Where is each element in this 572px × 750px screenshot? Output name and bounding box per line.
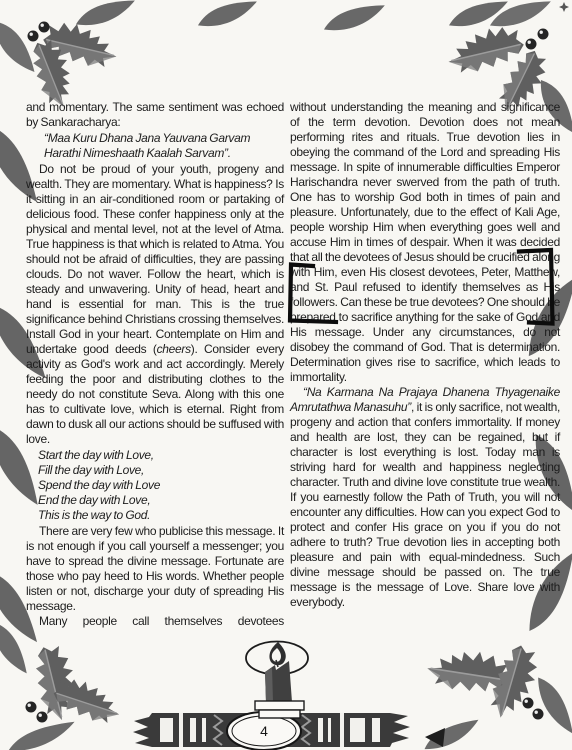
verse-line: Fill the day with Love, [38, 463, 284, 478]
text-run: , it is only sacrifice, not wealth, prog… [290, 400, 560, 609]
verse-line: “Maa Kuru Dhana Jana Yauvana Garvam [44, 131, 284, 146]
text-run-italic: cheers [157, 342, 191, 356]
right-column: without understanding the meaning and si… [290, 100, 560, 610]
berry-icon [39, 22, 50, 33]
paragraph: Many people call themselves devotees [26, 614, 284, 629]
corner-star-icon [559, 2, 569, 12]
berry-icon [28, 31, 39, 42]
verse-line: This is the way to God. [38, 508, 284, 523]
berry-icon [533, 709, 544, 720]
paragraph-continued: without understanding the meaning and si… [290, 100, 560, 385]
scanned-page: and momentary. The same sentiment was ec… [0, 0, 572, 750]
verse-line: Harathi Nimeshaath Kaalah Sarvam”. [44, 146, 284, 161]
berry-icon [37, 712, 48, 723]
paragraph: “Na Karmana Na Prajaya Dhanena Thyagenai… [290, 385, 560, 610]
top-border-leaf-icons [74, 0, 509, 31]
paragraph-continued: and momentary. The same sentiment was ec… [26, 100, 284, 130]
left-column: and momentary. The same sentiment was ec… [26, 100, 284, 629]
text-run: ). Consider every activity as God's work… [26, 342, 284, 446]
verse-quote-sanskrit: “Maa Kuru Dhana Jana Yauvana Garvam Hara… [44, 131, 284, 161]
footer-banner [133, 712, 445, 750]
berry-icon [523, 698, 534, 709]
holly-cluster-bottom-right [421, 641, 572, 750]
verse-line: End the day with Love, [38, 493, 284, 508]
holly-cluster-bottom-left [0, 616, 125, 750]
paragraph: Do not be proud of your youth, progeny a… [26, 162, 284, 447]
berry-icon [26, 702, 37, 713]
page-number: 4 [249, 722, 279, 740]
berry-icon [526, 39, 537, 50]
berry-icon [538, 29, 549, 40]
text-run: Do not be proud of your youth, progeny a… [26, 162, 284, 356]
holly-cluster-top-left [0, 14, 120, 112]
verse-line: Spend the day with Love [38, 478, 284, 493]
candle-icon [246, 642, 308, 719]
paragraph: There are very few who publicise this me… [26, 524, 284, 614]
verse-line: Start the day with Love, [38, 448, 284, 463]
verse-quote-love: Start the day with Love, Fill the day wi… [38, 448, 284, 523]
arrowhead-icon [425, 728, 445, 747]
